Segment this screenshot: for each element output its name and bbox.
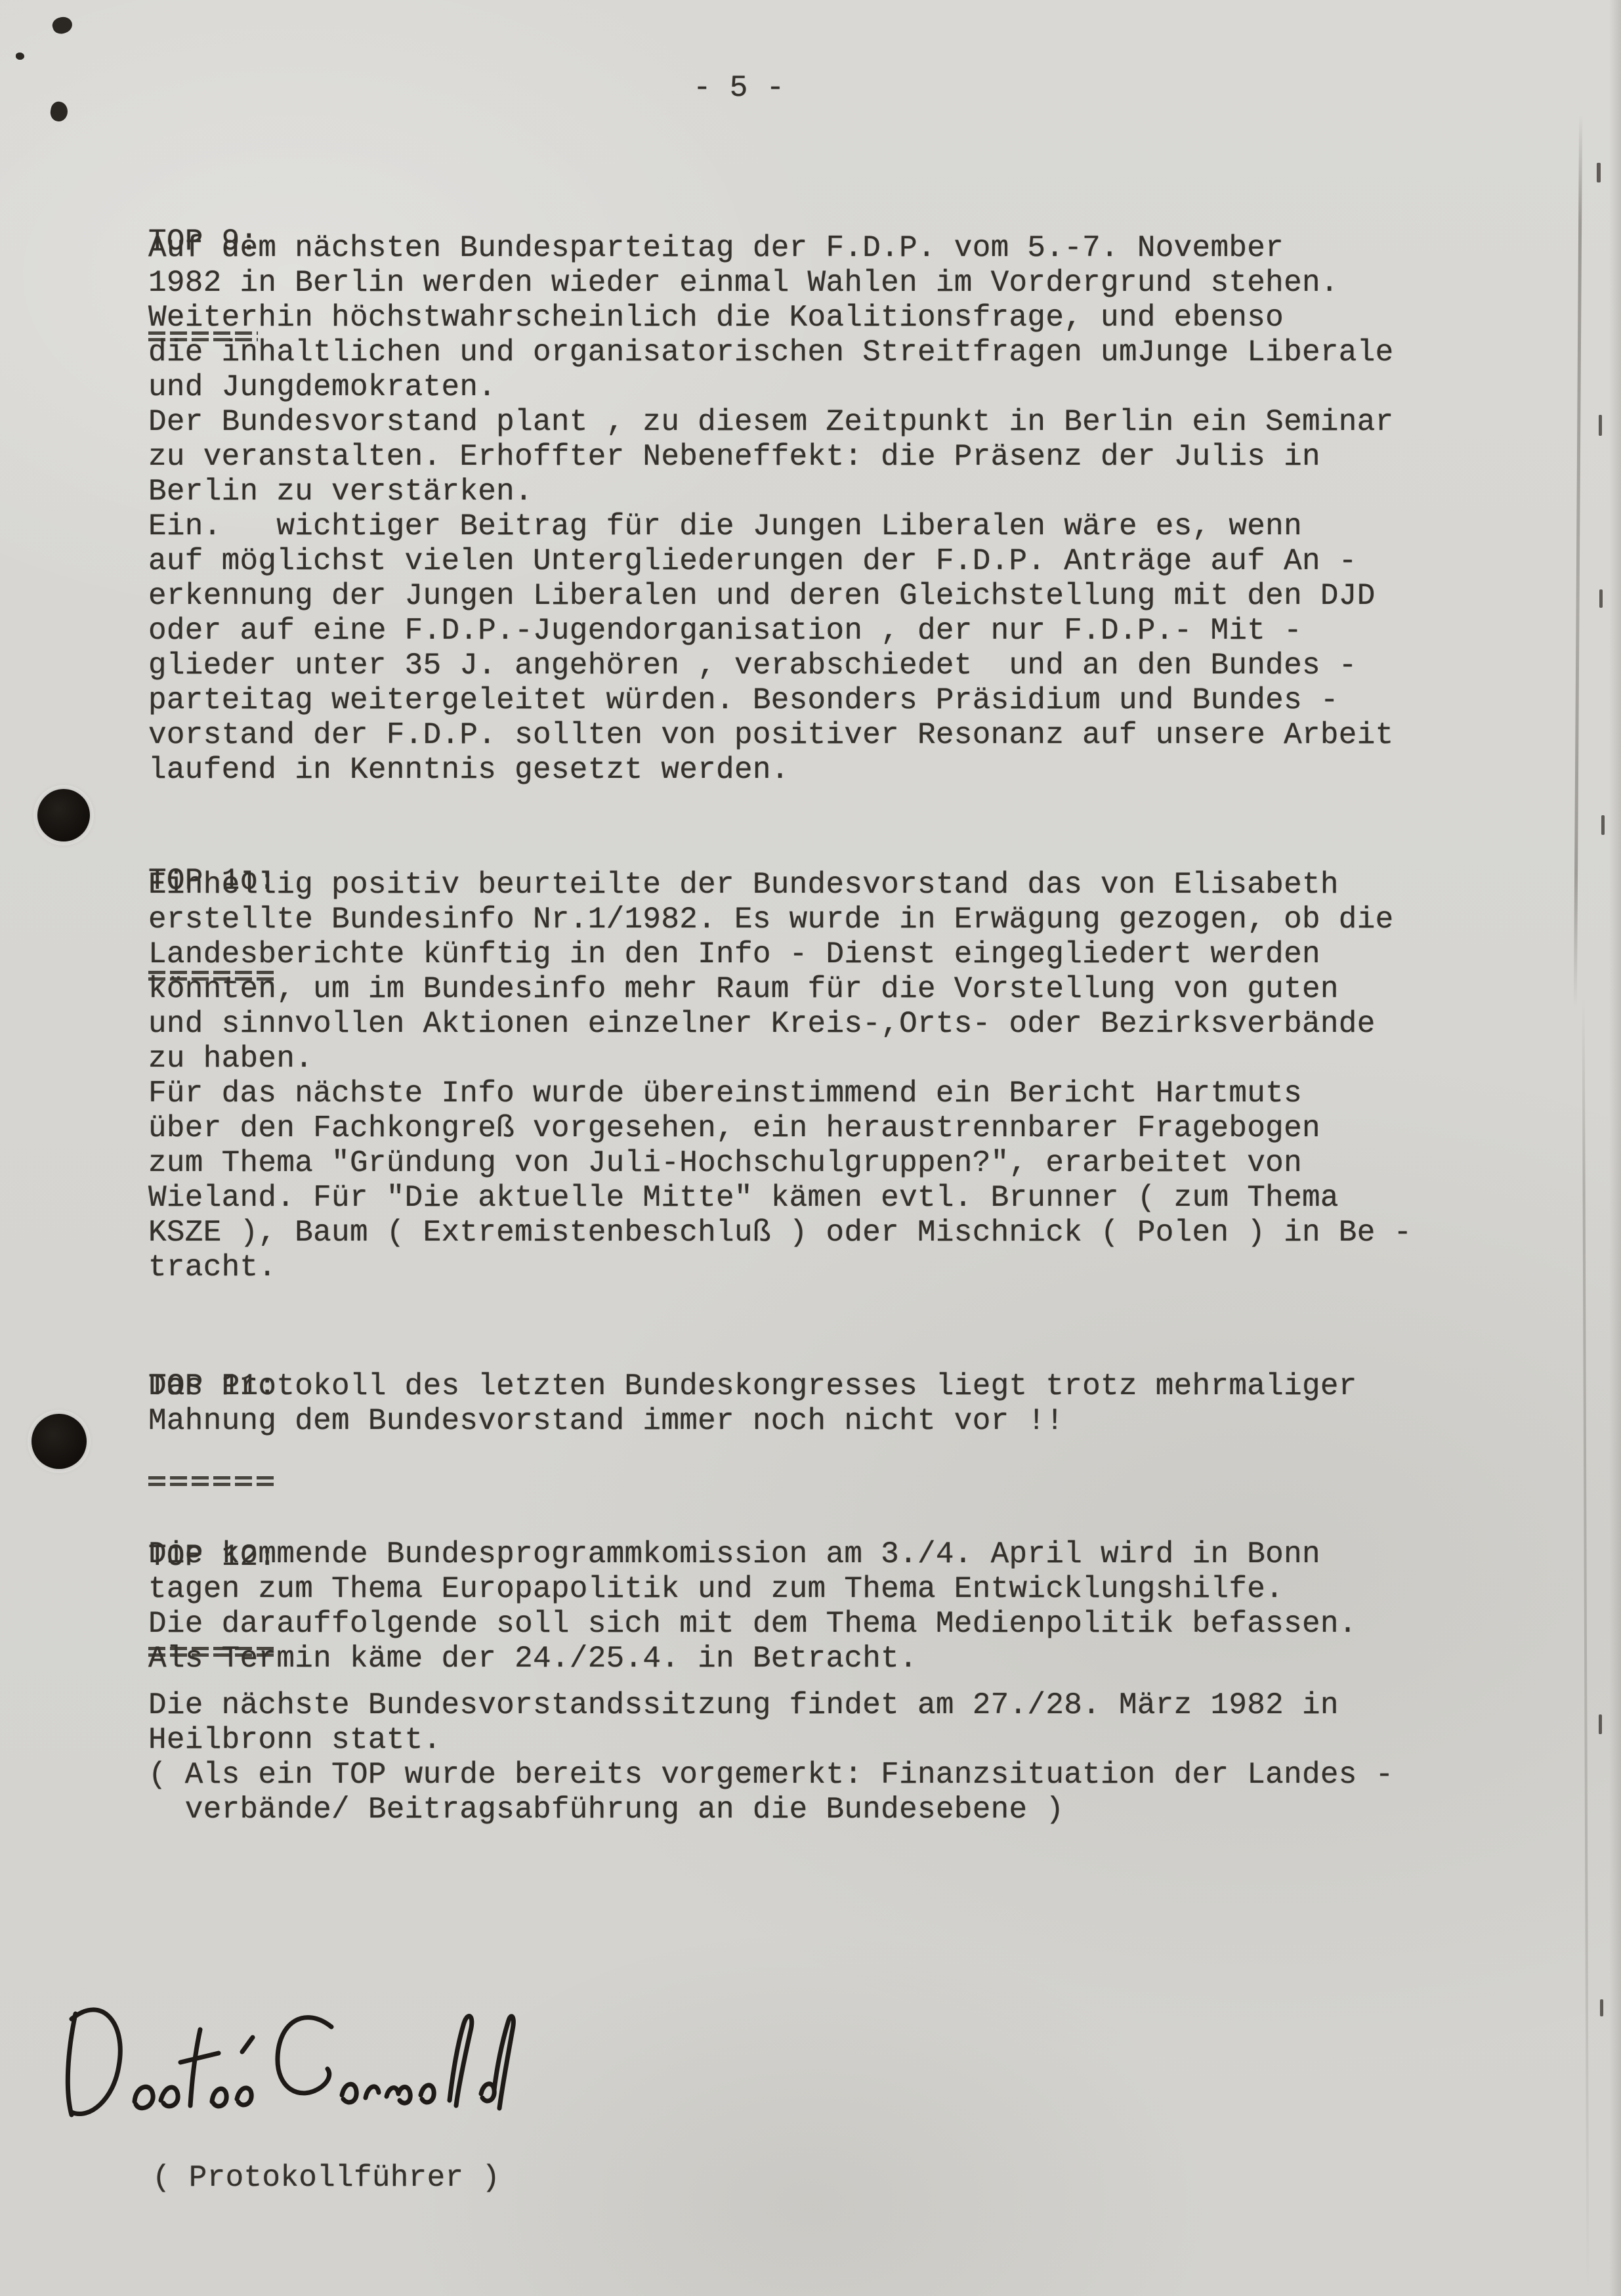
- section-body-top-12-p1: Die kommende Bundesprogrammkomission am …: [148, 1537, 1357, 1676]
- staple-mark-icon: [49, 100, 70, 123]
- staple-mark-icon: [51, 14, 74, 36]
- section-body-top-11: Das Protokoll des letzten Bundeskongress…: [148, 1369, 1357, 1439]
- section-body-top-9: Auf dem nächsten Bundesparteitag der F.D…: [148, 231, 1394, 788]
- scan-edge-mark: [1601, 815, 1605, 835]
- hole-punch-icon: [32, 1414, 87, 1469]
- page-number: - 5 -: [693, 71, 785, 106]
- paper-crease: [1574, 115, 1582, 1008]
- paper-crease: [1582, 998, 1589, 2294]
- scan-edge-mark: [1597, 163, 1601, 182]
- scanned-document-page: - 5 - TOP 9: Auf dem nächsten Bundespart…: [0, 0, 1621, 2296]
- section-body-top-12-p2: Die nächste Bundesvorstandssitzung finde…: [148, 1688, 1394, 1827]
- section-body-top-10: Einhellig positiv beurteilte der Bundesv…: [148, 868, 1412, 1285]
- ink-dot-icon: [16, 53, 24, 60]
- signature-caption: ( Protokollführer ): [152, 2161, 500, 2196]
- signature-handwriting: [56, 1989, 555, 2140]
- scan-edge-mark: [1599, 1714, 1602, 1734]
- hole-punch-icon: [37, 789, 90, 841]
- scan-edge-mark: [1599, 415, 1602, 436]
- scan-edge-mark: [1600, 1999, 1603, 2016]
- scan-edge-mark: [1599, 589, 1603, 608]
- scan-edge-shade: [1609, 0, 1621, 2296]
